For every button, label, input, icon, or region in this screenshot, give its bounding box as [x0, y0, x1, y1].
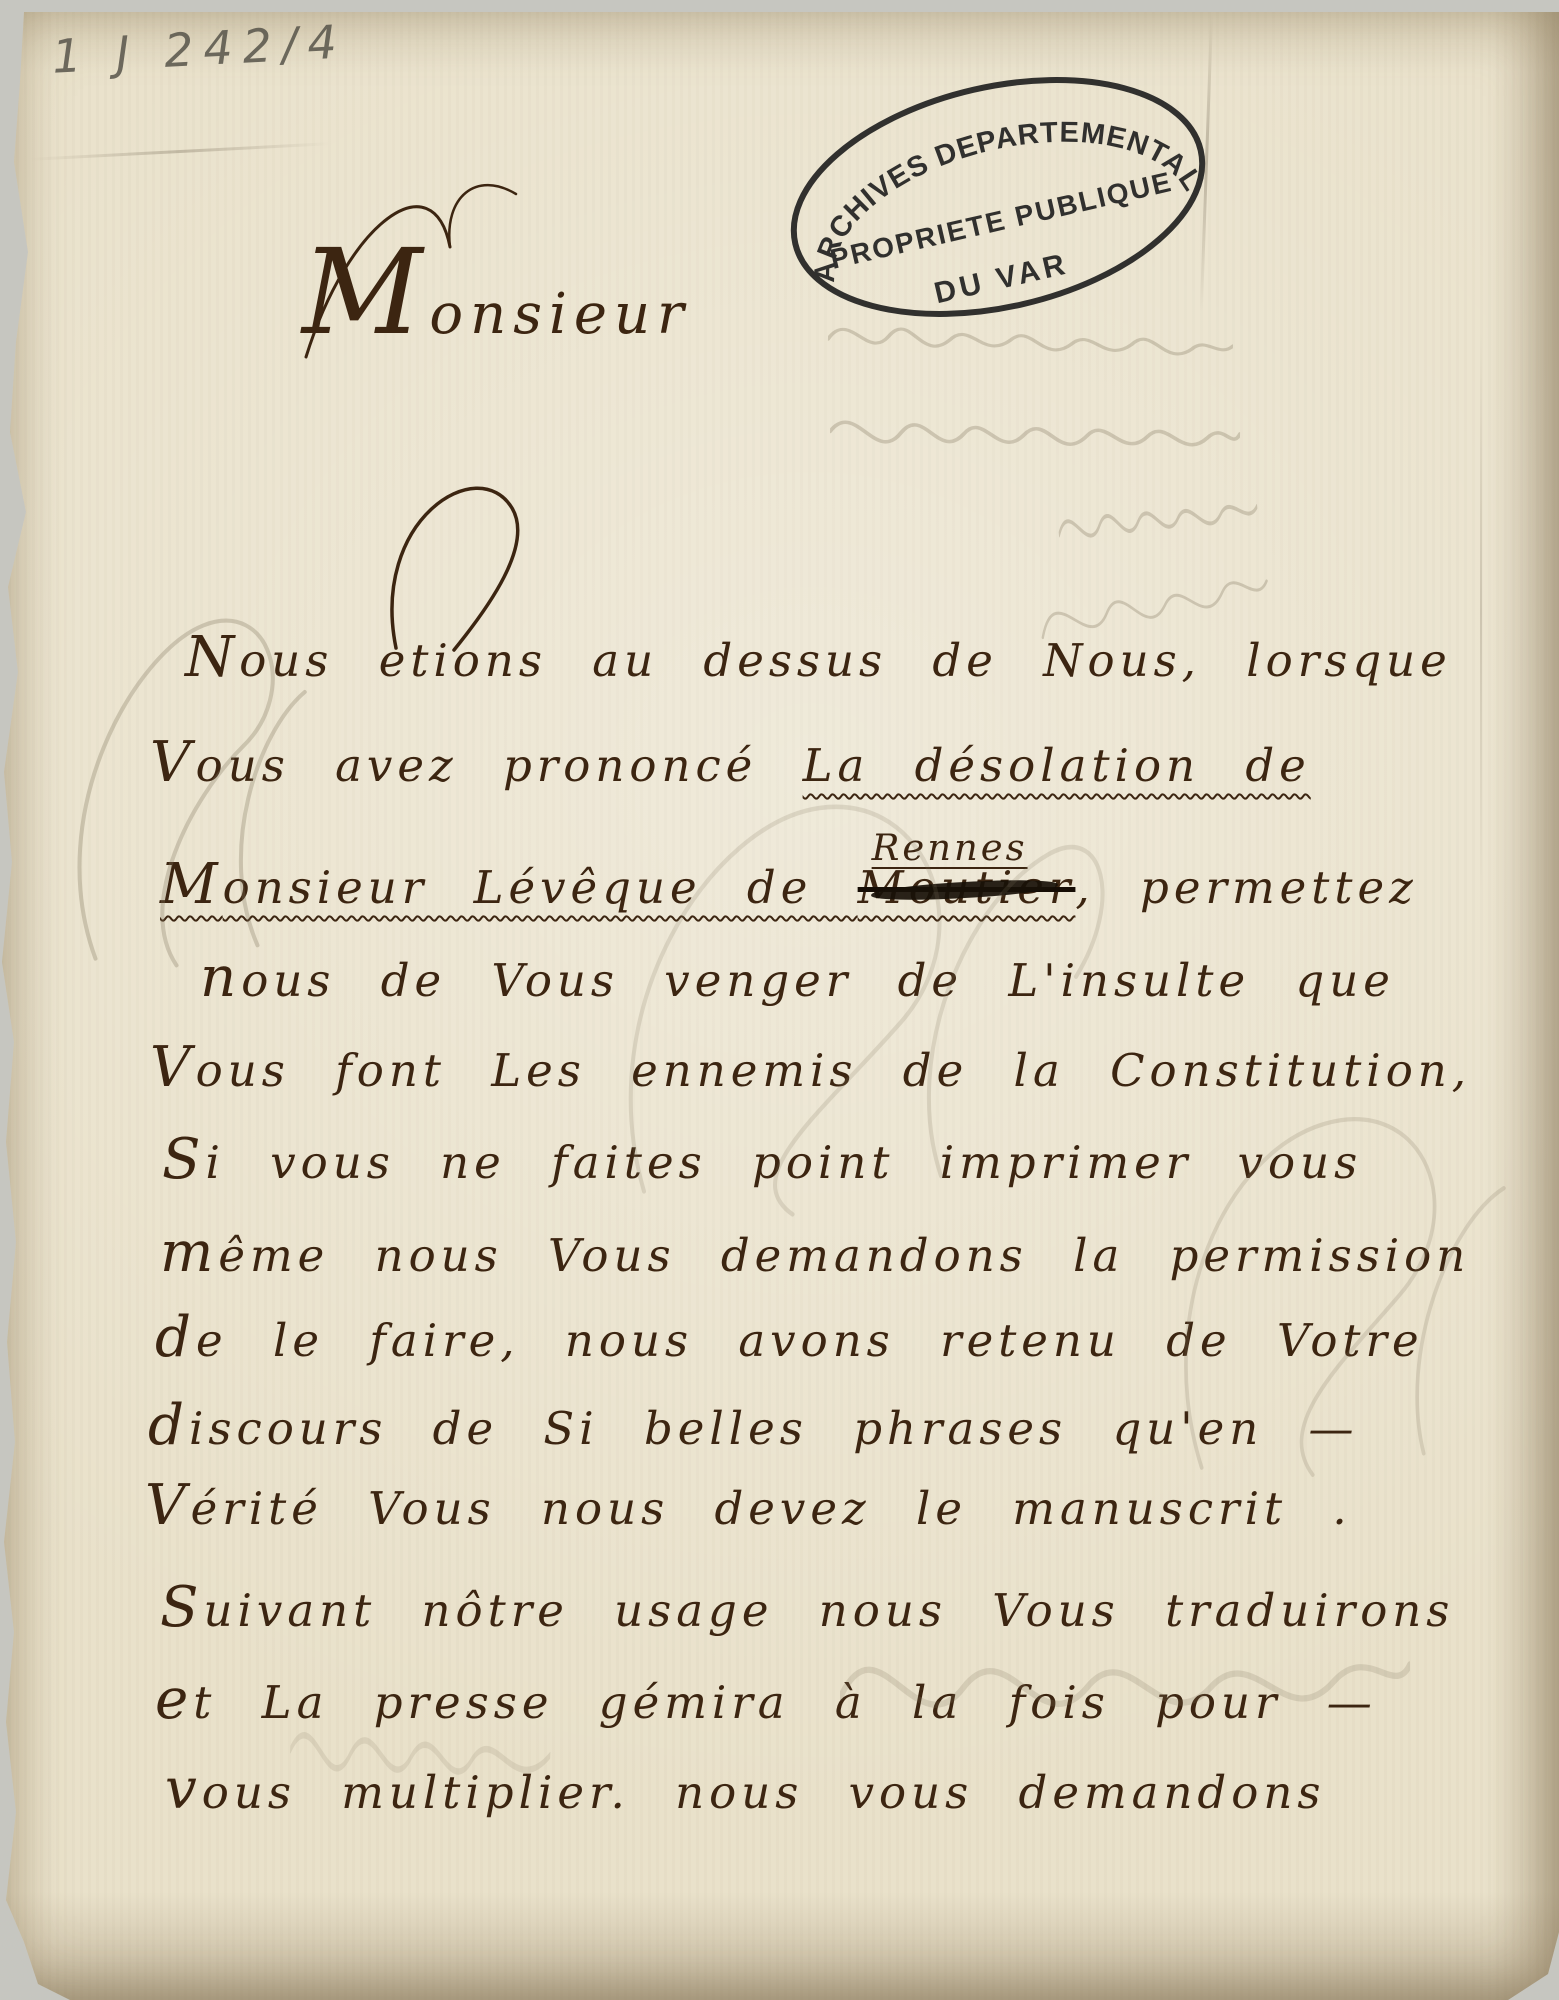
- bleedthrough-writing: [55, 572, 325, 972]
- letter-line: Vérité Vous nous devez le manuscrit .: [145, 1478, 1352, 1534]
- bleedthrough-writing: [840, 1572, 1410, 1782]
- svg-text:ARCHIVES DEPARTEMENTALES: ARCHIVES DEPARTEMENTALES: [756, 26, 1213, 296]
- bleedthrough-writing: [287, 1685, 553, 1828]
- bleedthrough-writing: [827, 303, 1234, 379]
- bleedthrough-writing: [829, 396, 1240, 473]
- salutation: Monsieur: [302, 224, 691, 361]
- stamp-bottom-text: DU VAR: [931, 247, 1072, 310]
- bleedthrough-writing: [590, 762, 1130, 1222]
- body-flourish: [362, 450, 582, 655]
- paper-crease: [30, 142, 330, 161]
- scanned-letter-page: 1 J 242/4 ARCHIVES DEPARTEMENTALES PROPR…: [0, 0, 1559, 2000]
- paper: 1 J 242/4 ARCHIVES DEPARTEMENTALES PROPR…: [0, 12, 1559, 2000]
- archive-reference: 1 J 242/4: [51, 18, 348, 79]
- paper-crease: [1480, 332, 1482, 892]
- bleedthrough-writing: [1140, 1052, 1510, 1482]
- stamp-arc-text: ARCHIVES DEPARTEMENTALES: [756, 26, 1213, 296]
- letter-line: Nous etions au dessus de Nous, lorsque: [185, 630, 1452, 686]
